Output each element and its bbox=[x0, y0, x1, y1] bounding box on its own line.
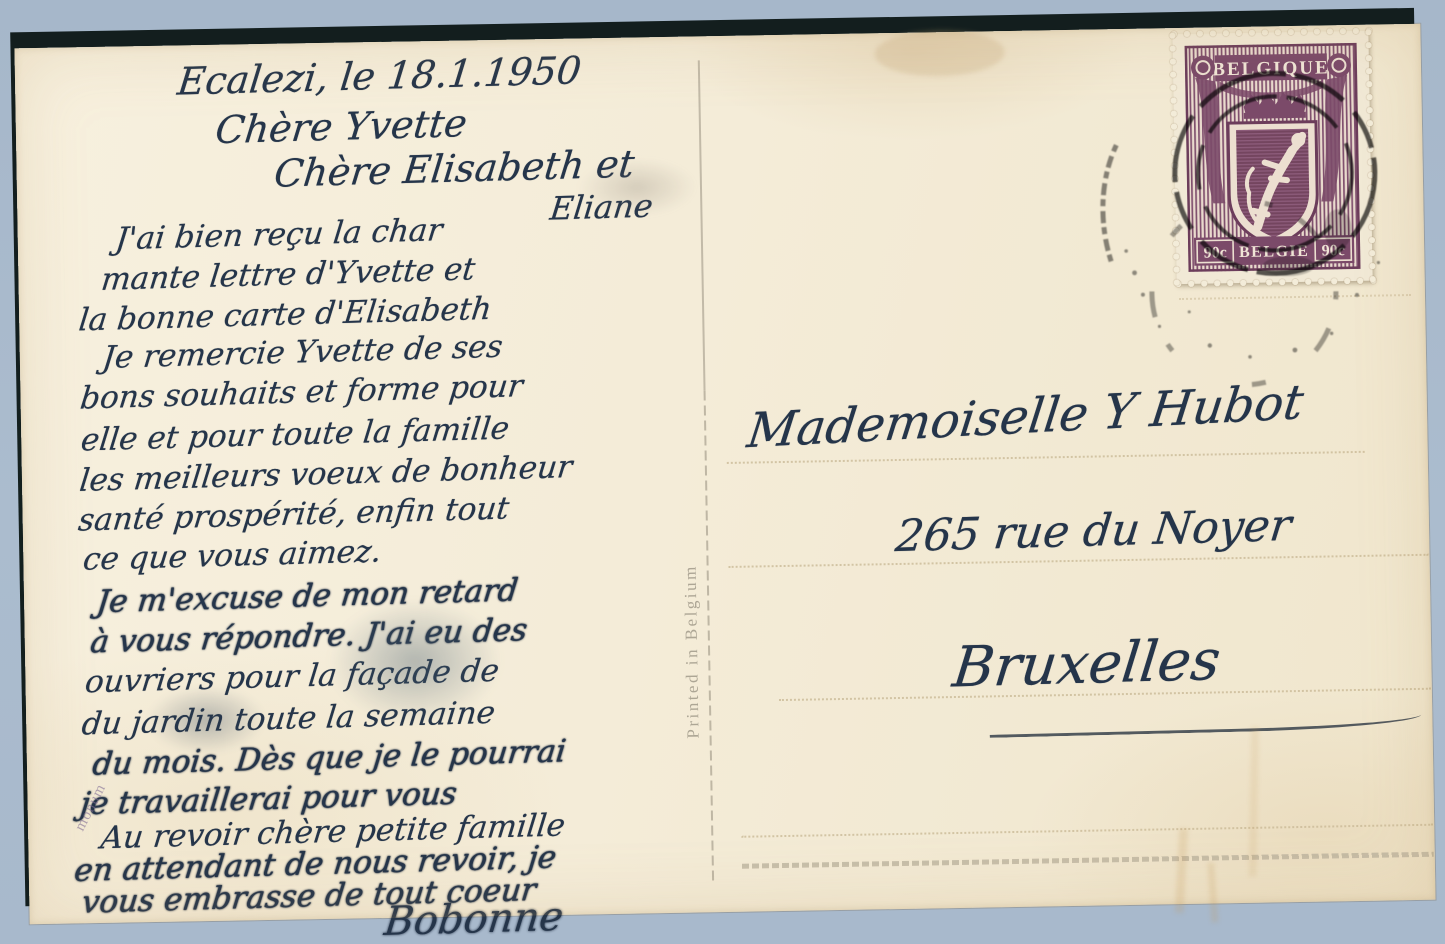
address-city: Bruxelles bbox=[950, 628, 1224, 701]
address-recipient: Mademoiselle Y Hubot bbox=[744, 374, 1306, 459]
greeting-line: Eliane bbox=[548, 187, 655, 228]
postage-stamp: BELGIQUE bbox=[1172, 31, 1372, 284]
message-line: ce que vous aimez. bbox=[81, 536, 383, 575]
age-stain bbox=[1175, 828, 1188, 913]
message-line: elle et pour toute la famille bbox=[79, 413, 511, 456]
greeting-line: Chère Yvette bbox=[213, 101, 469, 152]
stamp-value-right: 90c bbox=[1321, 242, 1344, 259]
age-stain bbox=[1207, 862, 1218, 922]
stamp-perforation bbox=[1363, 26, 1378, 286]
address-ruled-line bbox=[741, 824, 1433, 838]
dateline: Ecalezi, le 18.1.1950 bbox=[175, 48, 583, 103]
printed-in-belgium-note: Printed in Belgium bbox=[678, 393, 704, 738]
stamp-country-bottom: BELGIE bbox=[1239, 243, 1310, 261]
stamp-perforation bbox=[1172, 276, 1378, 290]
greeting-line: Chère Elisabeth et bbox=[272, 142, 637, 196]
age-stain bbox=[874, 29, 1005, 77]
message-line: du jardin toute la semaine bbox=[80, 698, 496, 741]
message-line: J'ai bien reçu la char bbox=[114, 215, 444, 255]
stamp-perforation bbox=[1167, 29, 1182, 289]
address-ruled-line bbox=[742, 852, 1434, 869]
postcard: Ecalezi, le 18.1.1950 Chère Yvette Chère… bbox=[14, 24, 1435, 924]
stamp-value-left: 90c bbox=[1204, 244, 1227, 261]
address-underline-stroke bbox=[989, 714, 1421, 738]
message-line: bons souhaits et forme pour bbox=[79, 371, 525, 414]
message-line: du mois. Dès que je le pourrai bbox=[91, 736, 568, 780]
signature: Bobonne bbox=[382, 894, 566, 944]
message-line: santé prospérité, enfin tout bbox=[77, 493, 511, 536]
message-line: Je m'excuse de mon retard bbox=[95, 575, 519, 618]
message-line: Je remercie Yvette de ses bbox=[101, 332, 504, 374]
stamp-perforation bbox=[1167, 26, 1373, 40]
message-line: mante lettre d'Yvette et bbox=[100, 254, 477, 295]
address-ruled-line bbox=[1179, 294, 1411, 300]
stamp-country-top: BELGIQUE bbox=[1212, 57, 1330, 80]
message-line: ouvriers pour la façade de bbox=[84, 656, 501, 699]
divider-line bbox=[698, 60, 706, 390]
stamp-design: BELGIQUE bbox=[1185, 43, 1361, 272]
divider-line bbox=[704, 390, 715, 882]
message-line: à vous répondre. J'ai eu des bbox=[89, 615, 529, 658]
address-street: 265 rue du Noyer bbox=[893, 500, 1294, 562]
